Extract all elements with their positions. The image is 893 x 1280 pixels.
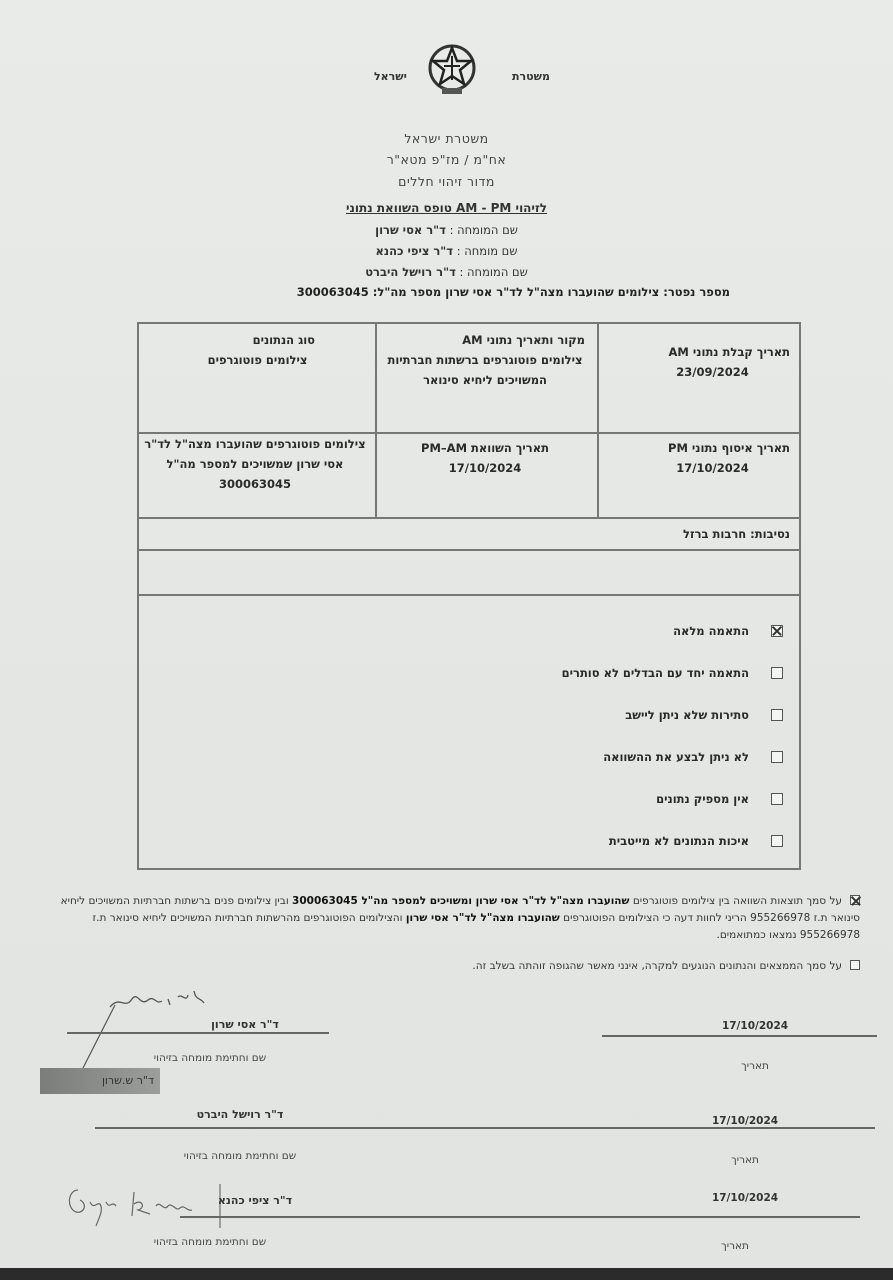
date-caption-2: תאריך (690, 1154, 800, 1166)
document-page: משטרת ישראל משטרת ישראל אח"מ / מז"פ מטא"… (0, 0, 893, 1268)
date-caption-3: תאריך (680, 1240, 790, 1252)
emblem-left-text: משטרת (512, 70, 550, 83)
police-emblem-icon (424, 42, 480, 98)
emblem-right-text: ישראל (374, 70, 407, 83)
checkbox-icon[interactable] (771, 793, 783, 805)
signer-stamp-1: ד"ר ש.שרון (40, 1068, 160, 1094)
expert-1: שם המומחה : ד"ר אסי שרון (0, 223, 893, 237)
pm-collection-date-cell: תאריך איסוף נתוני PM 17/10/2024 (605, 438, 790, 478)
form-title: טופס השוואת נתוני AM - PM לזיהוי (0, 201, 893, 215)
option-full-match[interactable]: התאמה מלאה (453, 622, 783, 640)
am-source-cell: מקור ותאריך נתוני AM צילומים פוטוגרפים ב… (385, 330, 585, 390)
checkbox-checked-icon[interactable] (850, 895, 860, 905)
declaration-text: על סמך תוצאות השוואה בין צילומים פוטוגרפ… (30, 893, 860, 944)
pm-data-type-cell: צילומים פוטוגרפים שהועברו מצה"ל לד"ר אסי… (140, 434, 370, 494)
checkbox-icon[interactable] (771, 709, 783, 721)
org-line-3: מדור זיהוי חללים (0, 174, 893, 189)
signer-caption-1: שם וחתימת מומחה בזיהוי (110, 1052, 310, 1064)
sign-date-1: 17/10/2024 (700, 1020, 810, 1032)
comparison-date-cell: תאריך השוואת PM–AM 17/10/2024 (385, 438, 585, 478)
am-receipt-date-cell: תאריך קבלת נתוני AM 23/09/2024 (605, 342, 790, 382)
checkbox-icon[interactable] (771, 751, 783, 763)
org-line-2: אח"מ / מז"פ מטא"ר (0, 152, 893, 167)
file-number: מספר נפטר: צילומים שהועברו מצה"ל לד"ר אס… (210, 285, 730, 299)
declaration-not-approved: על סמך הממצאים והנתונים הנוגעים למקרה, א… (30, 958, 860, 975)
expert-2: שם מומחה : ד"ר ציפי כהנא (0, 244, 893, 258)
signer-caption-2: שם וחתימת מומחה בזיהוי (140, 1150, 340, 1162)
checkbox-checked-icon[interactable] (771, 625, 783, 637)
option-irreconcilable[interactable]: סתירות שלא ניתן ליישב (453, 706, 783, 724)
comparison-table (137, 322, 801, 870)
date-caption-1: תאריך (700, 1060, 810, 1072)
sign-date-2: 17/10/2024 (690, 1115, 800, 1127)
circumstances: נסיבות: חרבות ברזל (400, 524, 790, 544)
checkbox-icon[interactable] (771, 667, 783, 679)
sign-date-3: 17/10/2024 (690, 1192, 800, 1204)
signer-name-1: ד"ר אסי שרון (190, 1018, 300, 1031)
org-line-1: משטרת ישראל (0, 131, 893, 146)
signer-name-2: ד"ר רוישל היברט (170, 1108, 310, 1121)
checkbox-icon[interactable] (850, 960, 860, 970)
option-match-with-differences[interactable]: התאמה יחד עם הבדלים לא סותרים (453, 664, 783, 682)
screen-bezel (0, 1268, 893, 1280)
checkbox-icon[interactable] (771, 835, 783, 847)
option-poor-quality[interactable]: איכות הנתונים לא מייטבית (453, 832, 783, 850)
option-cannot-compare[interactable]: לא ניתן לבצע את ההשוואה (453, 748, 783, 766)
signer-caption-3: שם וחתימת מומחה בזיהוי (110, 1236, 310, 1248)
data-type-cell: סוג הנתונים צילומים פוטוגרפים (150, 330, 365, 370)
expert-3: שם המומחה : ד"ר רוישל היברט (0, 265, 893, 279)
signer-name-3: ד"ר ציפי כהנא (200, 1194, 310, 1207)
option-insufficient-data[interactable]: אין מספיק נתונים (453, 790, 783, 808)
